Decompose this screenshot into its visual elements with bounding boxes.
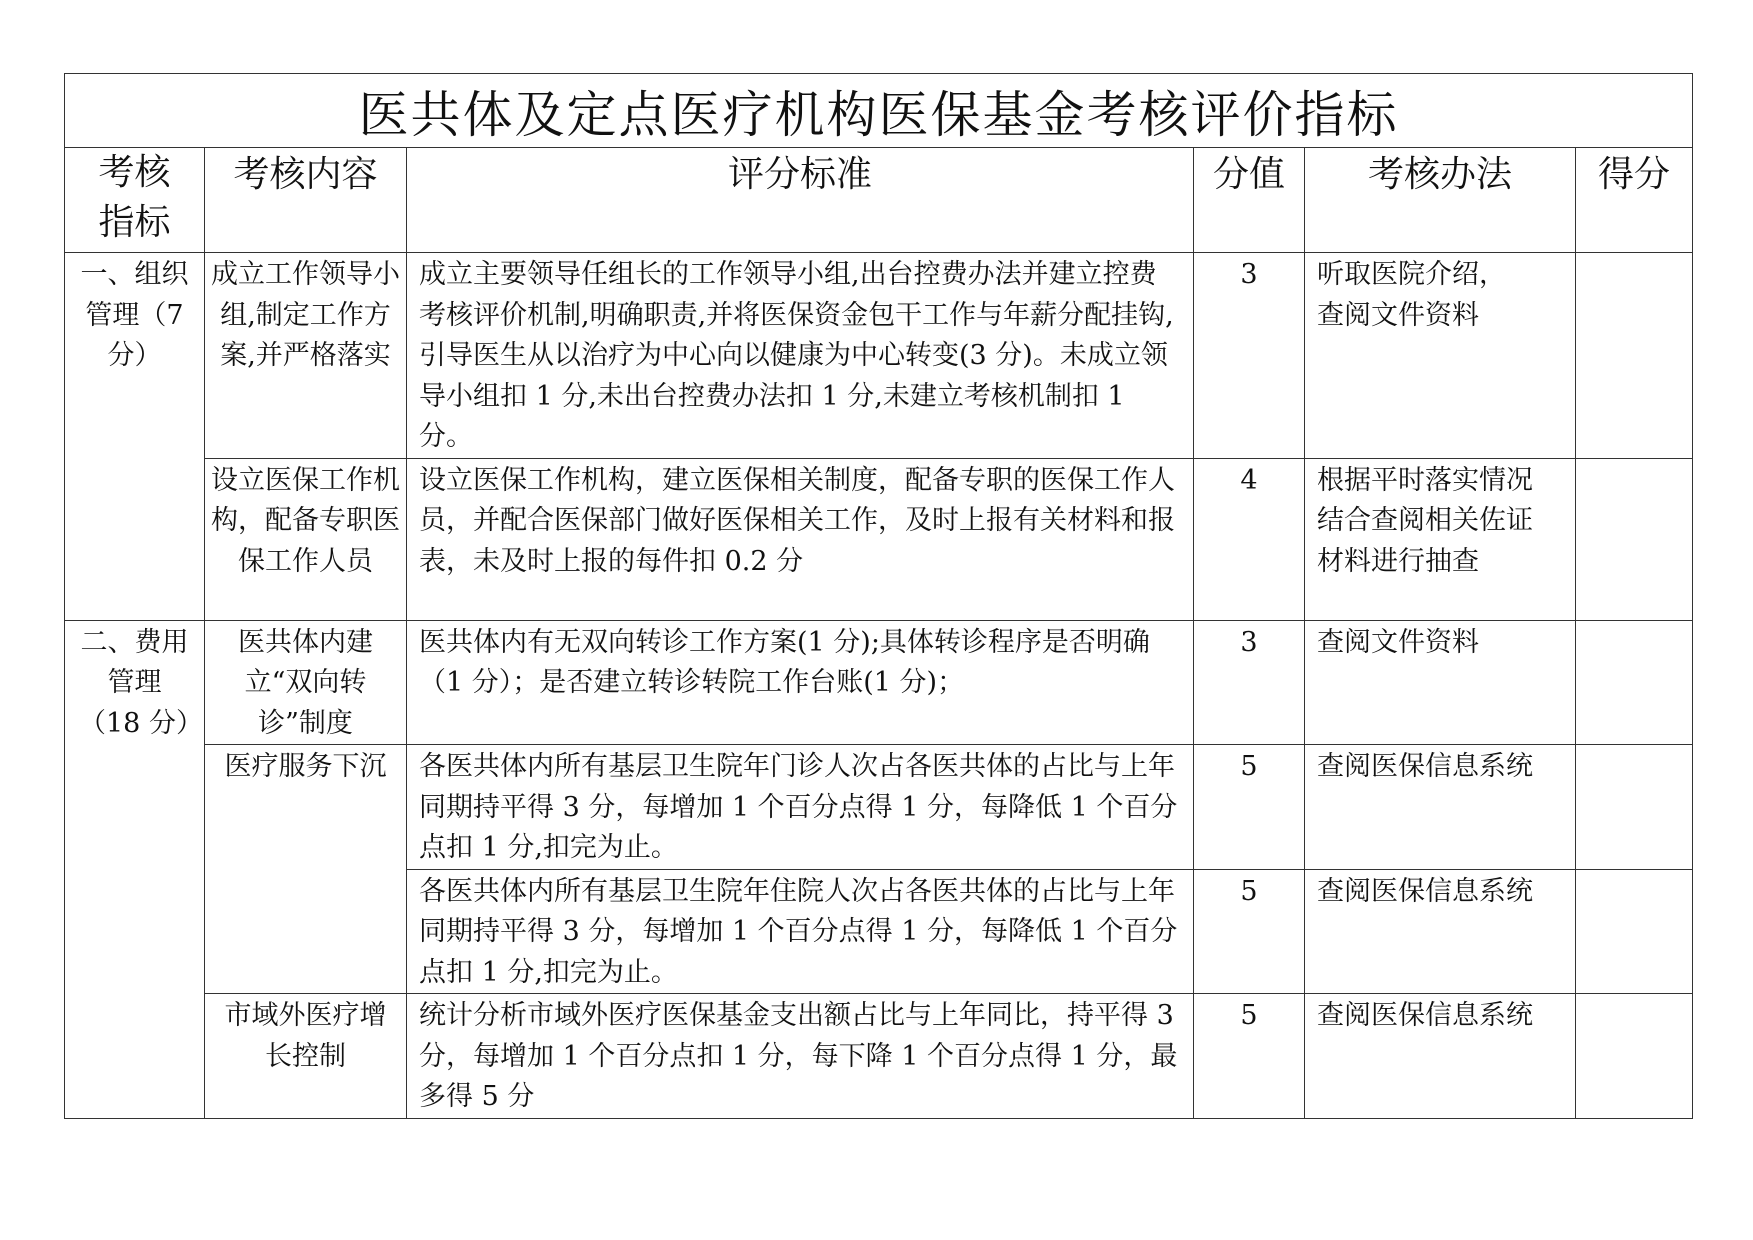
- score-obtained-cell[interactable]: [1576, 458, 1693, 620]
- method-cell: 查阅医保信息系统: [1305, 994, 1576, 1119]
- assessment-document: 医共体及定点医疗机构医保基金考核评价指标 考核指标 考核内容 评分标准 分值 考…: [64, 73, 1692, 1119]
- criteria-cell: 统计分析市域外医疗医保基金支出额占比与上年同比，持平得 3 分，每增加 1 个百…: [407, 994, 1194, 1119]
- header-row: 考核指标 考核内容 评分标准 分值 考核办法 得分: [65, 148, 1693, 253]
- content-cell: 市域外医疗增长控制: [205, 994, 407, 1119]
- score-obtained-cell[interactable]: [1576, 253, 1693, 459]
- assessment-table: 医共体及定点医疗机构医保基金考核评价指标 考核指标 考核内容 评分标准 分值 考…: [64, 73, 1693, 1119]
- score-obtained-cell[interactable]: [1576, 869, 1693, 994]
- header-content: 考核内容: [205, 148, 407, 253]
- method-cell: 查阅医保信息系统: [1305, 745, 1576, 870]
- content-cell: 设立医保工作机构，配备专职医保工作人员: [205, 458, 407, 620]
- table-row: 设立医保工作机构，配备专职医保工作人员 设立医保工作机构，建立医保相关制度，配备…: [65, 458, 1693, 620]
- document-title: 医共体及定点医疗机构医保基金考核评价指标: [65, 74, 1693, 148]
- table-row: 一、组织管理（7 分） 成立工作领导小组,制定工作方案,并严格落实 成立主要领导…: [65, 253, 1693, 459]
- indicator-cell: 一、组织管理（7 分）: [65, 253, 205, 621]
- score-value-cell: 5: [1194, 994, 1305, 1119]
- content-cell: 医共体内建立“双向转诊”制度: [205, 620, 407, 745]
- header-indicator: 考核指标: [65, 148, 205, 253]
- criteria-cell: 成立主要领导任组长的工作领导小组,出台控费办法并建立控费考核评价机制,明确职责,…: [407, 253, 1194, 459]
- score-obtained-cell[interactable]: [1576, 745, 1693, 870]
- header-criteria: 评分标准: [407, 148, 1194, 253]
- score-obtained-cell[interactable]: [1576, 994, 1693, 1119]
- method-cell: 查阅文件资料: [1305, 620, 1576, 745]
- method-cell: 根据平时落实情况结合查阅相关佐证材料进行抽查: [1305, 458, 1576, 620]
- content-cell: 成立工作领导小组,制定工作方案,并严格落实: [205, 253, 407, 459]
- score-value-cell: 3: [1194, 253, 1305, 459]
- method-cell: 查阅医保信息系统: [1305, 869, 1576, 994]
- table-row: 市域外医疗增长控制 统计分析市域外医疗医保基金支出额占比与上年同比，持平得 3 …: [65, 994, 1693, 1119]
- table-row: 二、费用管理（18 分） 医共体内建立“双向转诊”制度 医共体内有无双向转诊工作…: [65, 620, 1693, 745]
- criteria-cell: 医共体内有无双向转诊工作方案(1 分);具体转诊程序是否明确（1 分）；是否建立…: [407, 620, 1194, 745]
- score-value-cell: 3: [1194, 620, 1305, 745]
- indicator-cell: 二、费用管理（18 分）: [65, 620, 205, 1118]
- title-row: 医共体及定点医疗机构医保基金考核评价指标: [65, 74, 1693, 148]
- score-value-cell: 5: [1194, 745, 1305, 870]
- table-row: 医疗服务下沉 各医共体内所有基层卫生院年门诊人次占各医共体的占比与上年同期持平得…: [65, 745, 1693, 870]
- criteria-cell: 设立医保工作机构，建立医保相关制度，配备专职的医保工作人员，并配合医保部门做好医…: [407, 458, 1194, 620]
- score-obtained-cell[interactable]: [1576, 620, 1693, 745]
- score-value-cell: 5: [1194, 869, 1305, 994]
- score-value-cell: 4: [1194, 458, 1305, 620]
- criteria-cell: 各医共体内所有基层卫生院年住院人次占各医共体的占比与上年同期持平得 3 分，每增…: [407, 869, 1194, 994]
- header-score-value: 分值: [1194, 148, 1305, 253]
- method-cell: 听取医院介绍，查阅文件资料: [1305, 253, 1576, 459]
- criteria-cell: 各医共体内所有基层卫生院年门诊人次占各医共体的占比与上年同期持平得 3 分，每增…: [407, 745, 1194, 870]
- header-score-obtained: 得分: [1576, 148, 1693, 253]
- header-method: 考核办法: [1305, 148, 1576, 253]
- content-cell: 医疗服务下沉: [205, 745, 407, 994]
